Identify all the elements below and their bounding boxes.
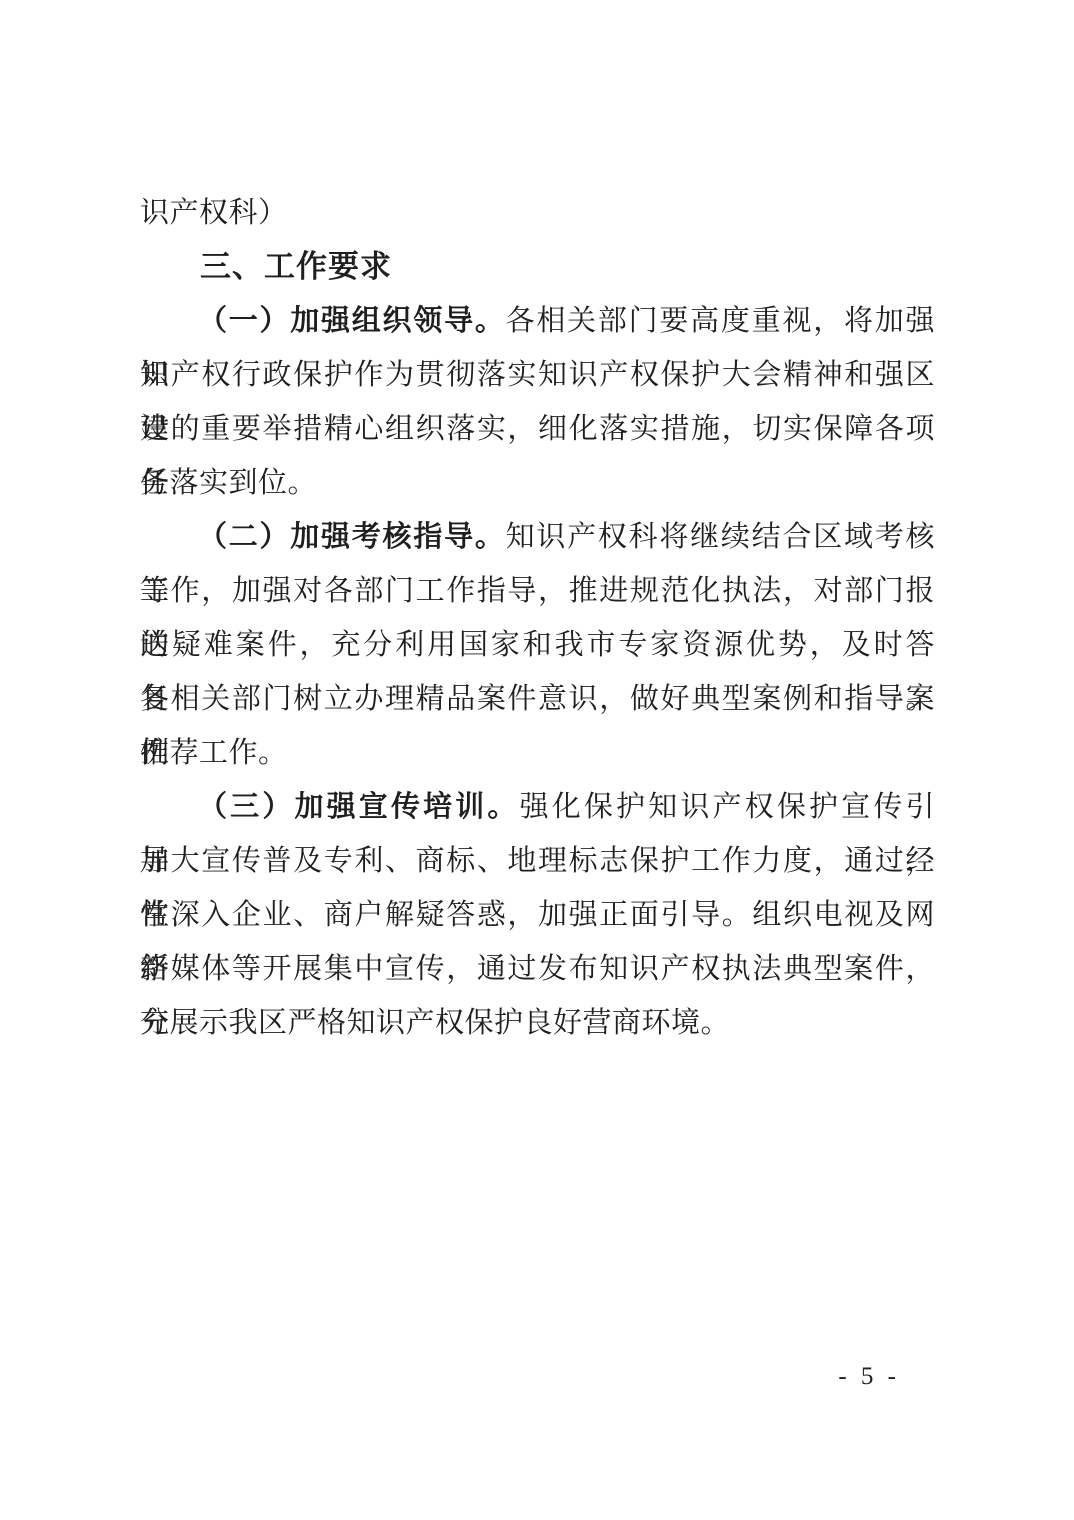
paragraph-lead: （二）加强考核指导。 [198,521,506,553]
text-line: 性深入企业、商户解疑答惑，加强正面引导。组织电视及网络 [140,888,935,942]
text-line: （三）加强宣传培训。强化保护知识产权保护宣传引导， [140,780,935,834]
text-line: 工作，加强对各部门工作指导，推进规范化执法，对部门报送 [140,564,935,618]
text-line: 的疑难案件，充分利用国家和我市专家资源优势，及时答复。 [140,618,935,672]
text-line: 务落实到位。 [140,456,935,510]
text-line: 推荐工作。 [140,726,935,780]
text-line: 加大宣传普及专利、商标、地理标志保护工作力度，通过经常 [140,834,935,888]
paragraph-lead: （一）加强组织领导。 [198,305,506,337]
text-line: 识产权科） [140,186,935,240]
text-line: 分展示我区严格知识产权保护良好营商环境。 [140,996,935,1050]
page-number: - 5 - [838,1363,900,1391]
text-line: 新媒体等开展集中宣传，通过发布知识产权执法典型案件，充 [140,942,935,996]
text-line: （一）加强组织领导。各相关部门要高度重视，将加强知 [140,294,935,348]
paragraph-lead: （三）加强宣传培训。 [198,791,520,823]
text-line: （二）加强考核指导。知识产权科将继续结合区域考核等 [140,510,935,564]
section-heading: 三、工作要求 [140,240,935,294]
text-line: 各相关部门树立办理精品案件意识，做好典型案例和指导案例 [140,672,935,726]
document-text-block: 识产权科）三、工作要求（一）加强组织领导。各相关部门要高度重视，将加强知识产权行… [140,186,935,1050]
text-line: 设的重要举措精心组织落实，细化落实措施，切实保障各项任 [140,402,935,456]
text-line: 识产权行政保护作为贯彻落实知识产权保护大会精神和强区建 [140,348,935,402]
document-page: 识产权科）三、工作要求（一）加强组织领导。各相关部门要高度重视，将加强知识产权行… [0,0,1074,1520]
